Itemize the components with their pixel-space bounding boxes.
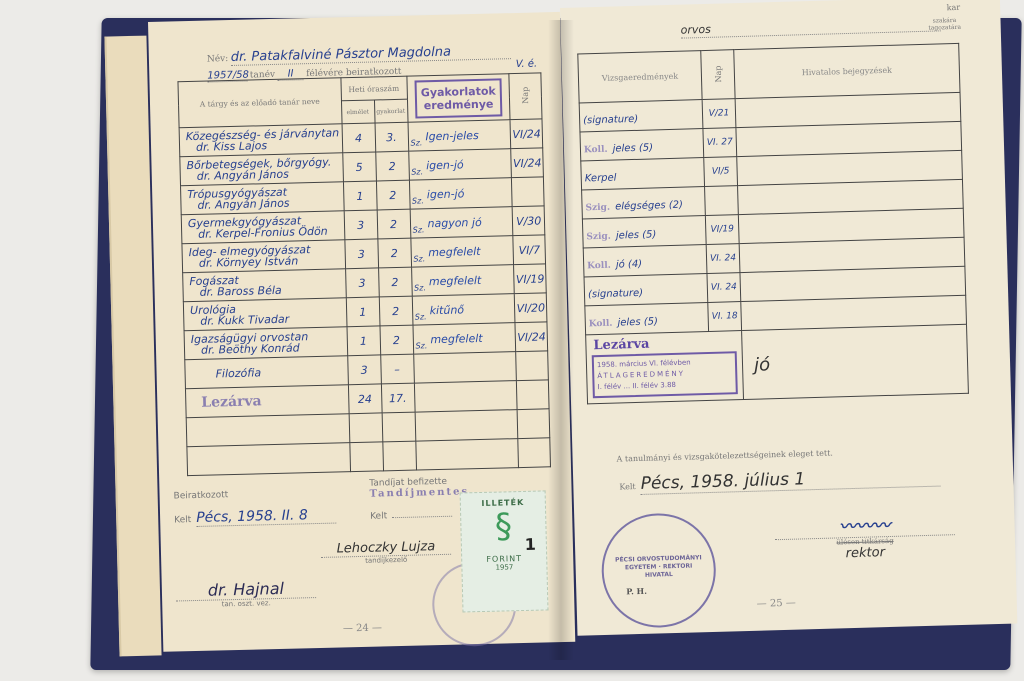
lecture-hours: 1 bbox=[347, 326, 381, 356]
exam-type: Koll. bbox=[582, 144, 608, 155]
closing-note: jó bbox=[744, 354, 771, 376]
day-cell: VI. 24 bbox=[706, 244, 740, 274]
header-result: Gyakorlatok eredménye bbox=[406, 74, 510, 123]
exam-result: (signature) bbox=[588, 287, 643, 300]
closed-stamp: Lezárva bbox=[187, 393, 262, 411]
lecture-hours: 5 bbox=[342, 152, 376, 182]
name-label: Név: bbox=[207, 54, 229, 65]
seal-label: P. H. bbox=[626, 586, 647, 597]
day-cell: VI. 27 bbox=[703, 128, 737, 158]
university-seal: PÉCSI ORVOSTUDOMÁNYI EGYETEM · REKTORI H… bbox=[600, 512, 717, 629]
closing-cell: Lezárva 1958. március Vl. félévben ÁTLAG… bbox=[586, 331, 744, 404]
result-header-stamp: Gyakorlatok eredménye bbox=[414, 78, 503, 118]
sz-mark: Sz. bbox=[410, 138, 422, 147]
revenue-stamp-year: 1957 bbox=[462, 562, 546, 572]
courses-table: A tárgy és az előadó tanár neve Heti óra… bbox=[177, 72, 551, 476]
subject-cell: Bőrbetegségek, bőrgyógy.dr. Angyán János bbox=[180, 153, 343, 186]
empty-cell bbox=[517, 380, 549, 410]
result-cell: Sz.kitűnő bbox=[412, 294, 516, 326]
lecture-hours: 1 bbox=[346, 297, 380, 327]
sz-mark: Sz. bbox=[413, 254, 425, 263]
sz-mark: Sz. bbox=[412, 196, 424, 205]
enrolled-block: Beiratkozott Kelt Pécs, 1958. II. 8 bbox=[173, 488, 336, 528]
result-cell: Sz.igen-jó bbox=[408, 149, 512, 181]
practice-hours: 2 bbox=[378, 267, 412, 297]
sz-mark: Sz. bbox=[413, 225, 425, 234]
day-cell: VI/24 bbox=[515, 322, 547, 352]
seal-text: PÉCSI ORVOSTUDOMÁNYI EGYETEM · REKTORI H… bbox=[603, 554, 714, 581]
header-exam-results: Vizsgaeredmények bbox=[578, 51, 702, 103]
subject-cell: Igazságügyi orvostandr. Beöthy Konrád bbox=[184, 327, 347, 360]
exam-type: Koll. bbox=[587, 318, 613, 329]
result-value: megfelelt bbox=[414, 331, 514, 346]
header-practice: gyakorlat bbox=[374, 99, 408, 123]
result-cell bbox=[413, 352, 517, 384]
result-value: kitűnő bbox=[414, 302, 514, 317]
tuition-date-label: Kelt bbox=[370, 511, 387, 521]
day-cell bbox=[512, 177, 544, 207]
exam-result: jeles (5) bbox=[616, 229, 657, 241]
day-cell: VI. 18 bbox=[708, 302, 742, 332]
header-day: Nap bbox=[509, 73, 542, 120]
sz-mark: Sz. bbox=[415, 341, 427, 350]
day-cell: V/21 bbox=[702, 99, 736, 129]
faculty-value: orvos bbox=[680, 23, 711, 37]
empty-cell bbox=[414, 381, 518, 413]
lecturer-name: dr. Kukk Tivadar bbox=[190, 312, 345, 327]
subject-cell: Ideg- elmegyógyászatdr. Környey István bbox=[182, 240, 345, 273]
sz-mark: Sz. bbox=[415, 312, 427, 321]
page-number-right: — 25 — bbox=[757, 598, 796, 610]
registrar-block: dr. Hajnal tan. oszt. vez. bbox=[176, 578, 317, 609]
day-cell: VI/24 bbox=[510, 119, 542, 149]
subject-cell: Közegészség- és járványtandr. Kiss Lajos bbox=[179, 124, 342, 157]
day-cell: VI/5 bbox=[704, 157, 738, 187]
date-label: Kelt bbox=[174, 515, 191, 525]
subject-cell: Gyermekgyógyászatdr. Kerpel-Fronius Ödön bbox=[181, 211, 344, 244]
header-weekly-hours: Heti óraszám bbox=[341, 76, 407, 101]
exam-result: jeles (5) bbox=[612, 142, 653, 154]
lecture-hours: 3 bbox=[347, 355, 381, 385]
student-name: dr. Patakfalviné Pásztor Magdolna bbox=[231, 43, 511, 66]
day-cell: VI/7 bbox=[513, 235, 545, 265]
exam-cell: (signature) bbox=[584, 273, 708, 305]
lecture-hours: 3 bbox=[344, 210, 378, 240]
exam-cell: Koll. jó (4) bbox=[583, 245, 707, 277]
lecture-hours: 3 bbox=[345, 239, 379, 269]
subject-cell: Urológiadr. Kukk Tivadar bbox=[183, 298, 346, 331]
result-value: Igen-jeles bbox=[409, 128, 509, 143]
day-cell: VI. 24 bbox=[707, 273, 741, 303]
name-suffix: V. é. bbox=[516, 59, 538, 71]
registrar-signature: dr. Hajnal bbox=[176, 578, 316, 601]
result-cell: Sz.megfelelt bbox=[413, 323, 517, 355]
exam-result: jó (4) bbox=[616, 258, 643, 270]
exam-result: Kerpel bbox=[585, 172, 617, 184]
result-cell: Sz.megfelelt bbox=[410, 236, 514, 268]
average-stamp: 1958. március Vl. félévben ÁTLAGEREDMÉNY… bbox=[592, 351, 738, 398]
day-cell: VI/20 bbox=[515, 293, 547, 323]
member-label: szakára tagozatára bbox=[924, 17, 964, 32]
revenue-stamp: ILLETÉK § 1 FORINT 1957 bbox=[460, 490, 549, 612]
result-cell: Sz.Igen-jeles bbox=[408, 120, 512, 152]
sz-mark: Sz. bbox=[411, 167, 423, 176]
header-day-label: Nap bbox=[713, 65, 722, 82]
day-cell: V/30 bbox=[513, 206, 545, 236]
lecturer-name: dr. Beöthy Konrád bbox=[191, 341, 346, 356]
total-practice-hours: 17. bbox=[381, 383, 415, 413]
day-cell: VI/19 bbox=[514, 264, 546, 294]
lecturer-name: dr. Angyán János bbox=[187, 196, 342, 211]
practice-hours: 3. bbox=[375, 122, 409, 152]
exam-result: (signature) bbox=[583, 113, 638, 126]
exam-cell: Koll. jeles (5) bbox=[585, 302, 709, 334]
stamp-line-3: I. félév ... II. félév 3.88 bbox=[597, 378, 732, 393]
faculty-label: kar bbox=[947, 3, 961, 12]
exam-cell: Koll. jeles (5) bbox=[580, 129, 704, 161]
rector-signature-block: 〰〰〰 ülésen titkárság rektor bbox=[764, 509, 965, 564]
closed-cell: Lezárva bbox=[185, 385, 348, 418]
exam-result: elégséges (2) bbox=[615, 199, 683, 212]
tuition-signature-block: Lehoczky Lujza tandíjkezelő bbox=[321, 535, 452, 566]
book-spine bbox=[548, 20, 574, 660]
total-lecture-hours: 24 bbox=[348, 384, 382, 414]
closed-stamp-title: Lezárva bbox=[587, 334, 740, 353]
practice-hours: 2 bbox=[377, 238, 411, 268]
subject-cell: Fogászatdr. Baross Béla bbox=[183, 269, 346, 302]
practice-hours: 2 bbox=[379, 296, 413, 326]
exam-cell: Szig. elégséges (2) bbox=[582, 187, 706, 219]
subject-name: Filozófia bbox=[185, 356, 348, 389]
left-page: Név: dr. Patakfalviné Pásztor Magdolna V… bbox=[148, 12, 575, 652]
closing-row: Lezárva 1958. március Vl. félévben ÁTLAG… bbox=[586, 324, 969, 404]
lecture-hours: 1 bbox=[343, 181, 377, 211]
exam-type: Koll. bbox=[585, 260, 611, 271]
lecturer-name: dr. Baross Béla bbox=[189, 283, 344, 298]
day-cell: VI/24 bbox=[511, 148, 543, 178]
result-value: megfelelt bbox=[413, 273, 513, 288]
result-cell: Sz.igen-jó bbox=[409, 178, 513, 210]
exam-cell: (signature) bbox=[579, 100, 703, 132]
result-value: igen-jó bbox=[410, 157, 510, 172]
lecturer-name: dr. Angyán János bbox=[187, 167, 342, 182]
result-value: megfelelt bbox=[412, 244, 512, 259]
result-cell: Sz.nagyon jó bbox=[410, 207, 514, 239]
sz-mark: Sz. bbox=[414, 283, 426, 292]
right-page: orvos kar szakára tagozatára Vizsgaeredm… bbox=[560, 0, 1017, 636]
exam-result: jeles (5) bbox=[617, 316, 658, 328]
enrolled-date: Pécs, 1958. II. 8 bbox=[196, 507, 336, 527]
practice-hours: 2 bbox=[375, 151, 409, 181]
exam-cell: Kerpel bbox=[581, 158, 705, 190]
header-official-entries: Hivatalos bejegyzések bbox=[734, 43, 960, 98]
day-cell: VI/19 bbox=[705, 215, 739, 245]
tuition-block: Tandíjat befizette Tandíjmentes Kelt bbox=[369, 476, 470, 522]
subject-cell: Trópusgyógyászatdr. Angyán János bbox=[181, 182, 344, 215]
right-date-label: Kelt bbox=[619, 482, 636, 491]
practice-hours: 2 bbox=[377, 209, 411, 239]
practice-hours: 2 bbox=[376, 180, 410, 210]
exam-results-table: Vizsgaeredmények Nap Hivatalos bejegyzés… bbox=[577, 43, 969, 405]
rector-signature: 〰〰〰 bbox=[774, 509, 955, 540]
day-cell bbox=[705, 186, 739, 216]
lecture-hours: 3 bbox=[345, 268, 379, 298]
exam-cell: Szig. jeles (5) bbox=[582, 216, 706, 248]
name-row: Név: dr. Patakfalviné Pásztor Magdolna V… bbox=[207, 43, 537, 67]
exam-type: Szig. bbox=[583, 202, 610, 213]
lecturer-name: dr. Kerpel-Fronius Ödön bbox=[188, 225, 343, 240]
result-cell: Sz.megfelelt bbox=[411, 265, 515, 297]
faculty-row: orvos bbox=[680, 11, 940, 38]
right-date-row: Kelt Pécs, 1958. július 1 bbox=[619, 466, 941, 496]
lecture-hours: 4 bbox=[342, 123, 376, 153]
day-cell bbox=[516, 351, 548, 381]
lecturer-name: dr. Kiss Lajos bbox=[186, 138, 341, 153]
result-value: igen-jó bbox=[411, 186, 511, 201]
exam-type: Szig. bbox=[584, 231, 611, 242]
fulfilled-statement: A tanulmányi és vizsgakötelezettségeinek… bbox=[616, 449, 833, 464]
header-day: Nap bbox=[701, 50, 735, 100]
tuition-date-field bbox=[392, 516, 452, 518]
header-subject: A tárgy és az előadó tanár neve bbox=[178, 78, 342, 128]
tuition-officer-signature: Lehoczky Lujza bbox=[321, 539, 451, 558]
page-number-left: — 24 — bbox=[343, 622, 382, 634]
enrolled-label: Beiratkozott bbox=[173, 488, 335, 502]
practice-hours: – bbox=[380, 354, 414, 384]
closing-note-cell: jó bbox=[742, 324, 969, 399]
tuition-exempt-stamp: Tandíjmentes bbox=[369, 486, 469, 499]
practice-hours: 2 bbox=[380, 325, 414, 355]
lecturer-name: dr. Környey István bbox=[189, 254, 344, 269]
completion-date: Pécs, 1958. július 1 bbox=[640, 466, 940, 495]
header-day-label: Nap bbox=[521, 87, 530, 104]
header-lecture: elmélet bbox=[341, 100, 374, 124]
result-value: nagyon jó bbox=[411, 215, 511, 230]
